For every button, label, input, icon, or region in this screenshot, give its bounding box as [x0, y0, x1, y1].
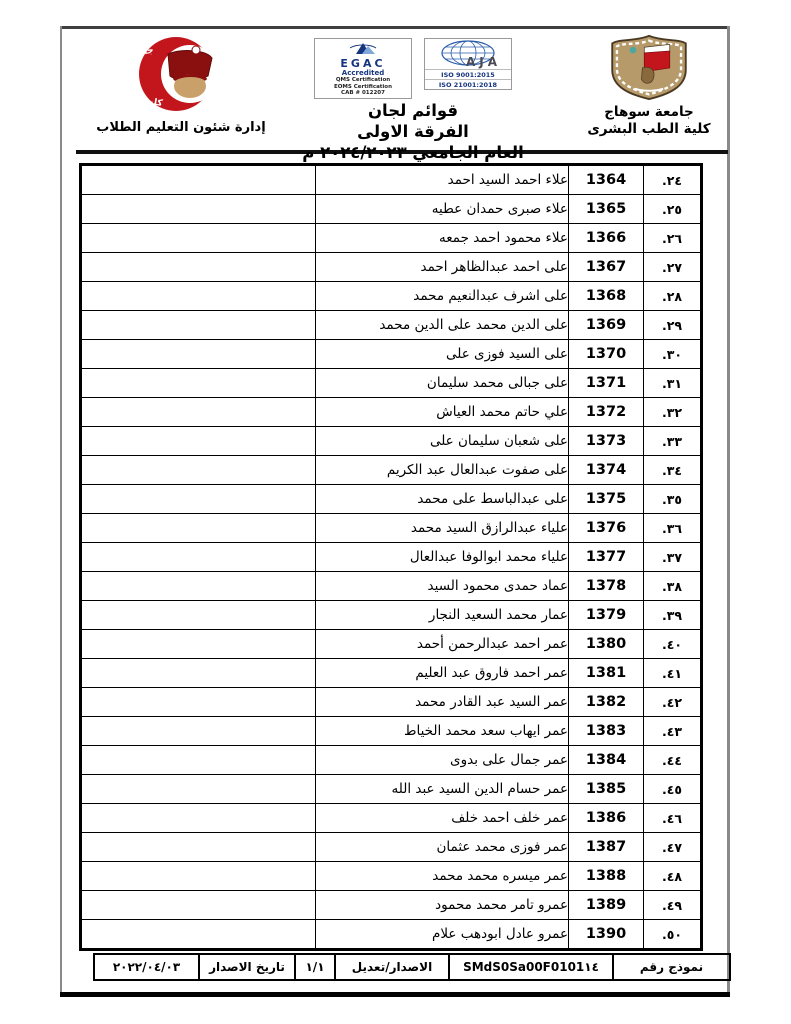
table-row: ٣٥.1375على عبدالباسط على محمد [81, 485, 702, 514]
table-row: ٤٣.1383عمر ايهاب سعد محمد الخياط [81, 717, 702, 746]
row-empty-cell [81, 195, 316, 224]
row-id-cell: 1379 [569, 601, 644, 630]
row-id-cell: 1383 [569, 717, 644, 746]
row-name-cell: على السيد فوزى على [316, 340, 569, 369]
table-row: ٣١.1371على جبالى محمد سليمان [81, 369, 702, 398]
row-empty-cell [81, 340, 316, 369]
row-empty-cell [81, 688, 316, 717]
row-empty-cell [81, 862, 316, 891]
table-row: ٣٣.1373على شعبان سليمان على [81, 427, 702, 456]
row-name-cell: علاء صبرى حمدان عطيه [316, 195, 569, 224]
committee-list-table: ٢٤.1364علاء احمد السيد احمد٢٥.1365علاء ص… [79, 163, 703, 951]
row-name-cell: على صفوت عبدالعال عبد الكريم [316, 456, 569, 485]
row-name-cell: عماد حمدى محمود السيد [316, 572, 569, 601]
issue-edit-label: الاصدار/تعديل [335, 954, 449, 980]
row-name-cell: عمر احمد فاروق عبد العليم [316, 659, 569, 688]
row-name-cell: عمر ميسره محمد محمد [316, 862, 569, 891]
row-id-cell: 1373 [569, 427, 644, 456]
row-serial-cell: ٤٩. [644, 891, 702, 920]
row-empty-cell [81, 601, 316, 630]
row-name-cell: علي حاتم محمد العياش [316, 398, 569, 427]
form-info-table: نموذج رقم SMdS0Sa00F0101١٤ الاصدار/تعديل… [93, 953, 731, 981]
issue-date-value: ٢٠٢٢/٠٤/٠٣ [94, 954, 199, 980]
page-bottom-rule [60, 992, 730, 997]
row-id-cell: 1374 [569, 456, 644, 485]
form-info-row: نموذج رقم SMdS0Sa00F0101١٤ الاصدار/تعديل… [94, 954, 730, 980]
department-name: إدارة شئون التعليم الطلاب [88, 120, 274, 135]
table-row: ٣٩.1379عمار محمد السعيد النجار [81, 601, 702, 630]
table-row: ٣٢.1372علي حاتم محمد العياش [81, 398, 702, 427]
egac-accredited: Accredited [317, 69, 409, 77]
row-id-cell: 1375 [569, 485, 644, 514]
issue-date-label: تاريخ الاصدار [199, 954, 295, 980]
row-id-cell: 1371 [569, 369, 644, 398]
row-name-cell: على عبدالباسط على محمد [316, 485, 569, 514]
row-id-cell: 1387 [569, 833, 644, 862]
row-empty-cell [81, 920, 316, 950]
row-serial-cell: ٥٠. [644, 920, 702, 950]
row-serial-cell: ٣٣. [644, 427, 702, 456]
row-empty-cell [81, 398, 316, 427]
row-name-cell: علاء احمد السيد احمد [316, 165, 569, 195]
university-shield-logo-icon [606, 85, 692, 104]
egac-name: EGAC [317, 59, 409, 69]
title-block: EGAC Accredited QMS Certification EOMS C… [283, 38, 543, 163]
row-serial-cell: ٢٨. [644, 282, 702, 311]
committee-table-body: ٢٤.1364علاء احمد السيد احمد٢٥.1365علاء ص… [81, 165, 702, 950]
row-id-cell: 1382 [569, 688, 644, 717]
row-id-cell: 1376 [569, 514, 644, 543]
row-serial-cell: ٣٤. [644, 456, 702, 485]
row-serial-cell: ٤٢. [644, 688, 702, 717]
row-name-cell: على شعبان سليمان على [316, 427, 569, 456]
table-row: ٤٤.1384عمر جمال على بدوى [81, 746, 702, 775]
row-id-cell: 1381 [569, 659, 644, 688]
row-name-cell: عمر احمد عبدالرحمن أحمد [316, 630, 569, 659]
aja-name: AJA [466, 55, 501, 69]
row-id-cell: 1386 [569, 804, 644, 833]
row-empty-cell [81, 224, 316, 253]
row-empty-cell [81, 485, 316, 514]
row-name-cell: عمر السيد عبد القادر محمد [316, 688, 569, 717]
row-empty-cell [81, 775, 316, 804]
row-id-cell: 1368 [569, 282, 644, 311]
row-serial-cell: ٤٨. [644, 862, 702, 891]
row-serial-cell: ٤٣. [644, 717, 702, 746]
issue-version-value: ١/١ [295, 954, 335, 980]
row-name-cell: على احمد عبدالظاهر احمد [316, 253, 569, 282]
row-empty-cell [81, 543, 316, 572]
row-name-cell: علياء عبدالرازق السيد محمد [316, 514, 569, 543]
page-frame-top [60, 26, 730, 29]
table-row: ٢٧.1367على احمد عبدالظاهر احمد [81, 253, 702, 282]
university-block: جامعة سوهاج كلية الطب البشرى [585, 34, 713, 138]
row-name-cell: عمار محمد السعيد النجار [316, 601, 569, 630]
row-id-cell: 1377 [569, 543, 644, 572]
row-empty-cell [81, 427, 316, 456]
row-empty-cell [81, 659, 316, 688]
aja-logo: AJA ISO 9001:2015 ISO 21001:2018 [424, 38, 512, 90]
university-name: جامعة سوهاج [585, 104, 713, 121]
egac-cert-line: CAB # 012207 [317, 90, 409, 97]
row-id-cell: 1384 [569, 746, 644, 775]
row-id-cell: 1388 [569, 862, 644, 891]
certification-logos: EGAC Accredited QMS Certification EOMS C… [283, 38, 543, 94]
table-row: ٤١.1381عمر احمد فاروق عبد العليم [81, 659, 702, 688]
row-id-cell: 1370 [569, 340, 644, 369]
table-row: ٢٥.1365علاء صبرى حمدان عطيه [81, 195, 702, 224]
row-serial-cell: ٤٤. [644, 746, 702, 775]
row-name-cell: عمر فوزى محمد عثمان [316, 833, 569, 862]
table-row: ٢٤.1364علاء احمد السيد احمد [81, 165, 702, 195]
row-serial-cell: ٤٧. [644, 833, 702, 862]
row-empty-cell [81, 804, 316, 833]
row-empty-cell [81, 456, 316, 485]
row-id-cell: 1378 [569, 572, 644, 601]
table-row: ٤٨.1388عمر ميسره محمد محمد [81, 862, 702, 891]
table-row: ٣٨.1378عماد حمدى محمود السيد [81, 572, 702, 601]
row-name-cell: على اشرف عبدالنعيم محمد [316, 282, 569, 311]
row-id-cell: 1366 [569, 224, 644, 253]
row-serial-cell: ٢٧. [644, 253, 702, 282]
table-row: ٤٩.1389عمرو تامر محمد محمود [81, 891, 702, 920]
row-serial-cell: ٣٨. [644, 572, 702, 601]
row-empty-cell [81, 514, 316, 543]
row-id-cell: 1369 [569, 311, 644, 340]
row-name-cell: عمرو عادل ابودهب علام [316, 920, 569, 950]
form-number-value: SMdS0Sa00F0101١٤ [449, 954, 613, 980]
department-block: جامعة سوهاج كلية الطب إدارة شئون التعليم… [88, 36, 274, 135]
row-empty-cell [81, 311, 316, 340]
row-name-cell: عمر جمال على بدوى [316, 746, 569, 775]
row-name-cell: على الدين محمد على الدين محمد [316, 311, 569, 340]
row-serial-cell: ٤٥. [644, 775, 702, 804]
form-number-label: نموذج رقم [613, 954, 730, 980]
faculty-crescent-logo-icon: جامعة سوهاج كلية الطب [110, 99, 252, 118]
row-serial-cell: ٣٦. [644, 514, 702, 543]
table-row: ٥٠.1390عمرو عادل ابودهب علام [81, 920, 702, 950]
academic-year-title: العام الجامعي ٢٠٢٤/٢٠٢٣ م [283, 142, 543, 163]
row-empty-cell [81, 891, 316, 920]
row-serial-cell: ٢٦. [644, 224, 702, 253]
row-serial-cell: ٣٠. [644, 340, 702, 369]
row-serial-cell: ٣٩. [644, 601, 702, 630]
row-id-cell: 1372 [569, 398, 644, 427]
row-empty-cell [81, 572, 316, 601]
row-serial-cell: ٤٠. [644, 630, 702, 659]
row-name-cell: عمر ايهاب سعد محمد الخياط [316, 717, 569, 746]
table-row: ٣٧.1377علياء محمد ابوالوفا عبدالعال [81, 543, 702, 572]
page-frame-right [727, 26, 730, 997]
table-row: ٤٧.1387عمر فوزى محمد عثمان [81, 833, 702, 862]
faculty-name: كلية الطب البشرى [585, 121, 713, 138]
row-serial-cell: ٢٩. [644, 311, 702, 340]
row-id-cell: 1390 [569, 920, 644, 950]
aja-iso-line: ISO 21001:2018 [425, 79, 511, 89]
row-empty-cell [81, 833, 316, 862]
table-row: ٤٦.1386عمر خلف احمد خلف [81, 804, 702, 833]
row-empty-cell [81, 369, 316, 398]
row-name-cell: على جبالى محمد سليمان [316, 369, 569, 398]
row-id-cell: 1365 [569, 195, 644, 224]
row-empty-cell [81, 165, 316, 195]
table-row: ٤٢.1382عمر السيد عبد القادر محمد [81, 688, 702, 717]
row-serial-cell: ٤٦. [644, 804, 702, 833]
table-row: ٢٨.1368على اشرف عبدالنعيم محمد [81, 282, 702, 311]
row-serial-cell: ٢٤. [644, 165, 702, 195]
row-id-cell: 1364 [569, 165, 644, 195]
row-name-cell: علياء محمد ابوالوفا عبدالعال [316, 543, 569, 572]
row-id-cell: 1380 [569, 630, 644, 659]
row-id-cell: 1385 [569, 775, 644, 804]
row-serial-cell: ٣٧. [644, 543, 702, 572]
document-page: جامعة سوهاج كلية الطب البشرى جامعة سوهاج… [0, 0, 791, 1024]
row-name-cell: عمرو تامر محمد محمود [316, 891, 569, 920]
row-serial-cell: ٣٢. [644, 398, 702, 427]
egac-logo: EGAC Accredited QMS Certification EOMS C… [314, 38, 412, 99]
grade-title: الفرقة الاولى [283, 121, 543, 142]
row-name-cell: عمر حسام الدين السيد عبد الله [316, 775, 569, 804]
row-empty-cell [81, 630, 316, 659]
row-serial-cell: ٣٥. [644, 485, 702, 514]
row-id-cell: 1367 [569, 253, 644, 282]
row-serial-cell: ٣١. [644, 369, 702, 398]
row-empty-cell [81, 746, 316, 775]
table-row: ٣٤.1374على صفوت عبدالعال عبد الكريم [81, 456, 702, 485]
page-frame-left [60, 26, 62, 997]
table-row: ٤٥.1385عمر حسام الدين السيد عبد الله [81, 775, 702, 804]
table-row: ٣٦.1376علياء عبدالرازق السيد محمد [81, 514, 702, 543]
row-name-cell: عمر خلف احمد خلف [316, 804, 569, 833]
table-row: ٢٩.1369على الدين محمد على الدين محمد [81, 311, 702, 340]
row-serial-cell: ٢٥. [644, 195, 702, 224]
document-title: قوائم لجان [283, 100, 543, 121]
row-empty-cell [81, 717, 316, 746]
table-row: ٤٠.1380عمر احمد عبدالرحمن أحمد [81, 630, 702, 659]
row-empty-cell [81, 253, 316, 282]
row-empty-cell [81, 282, 316, 311]
row-serial-cell: ٤١. [644, 659, 702, 688]
row-id-cell: 1389 [569, 891, 644, 920]
row-name-cell: علاء محمود احمد جمعه [316, 224, 569, 253]
table-row: ٣٠.1370على السيد فوزى على [81, 340, 702, 369]
table-row: ٢٦.1366علاء محمود احمد جمعه [81, 224, 702, 253]
